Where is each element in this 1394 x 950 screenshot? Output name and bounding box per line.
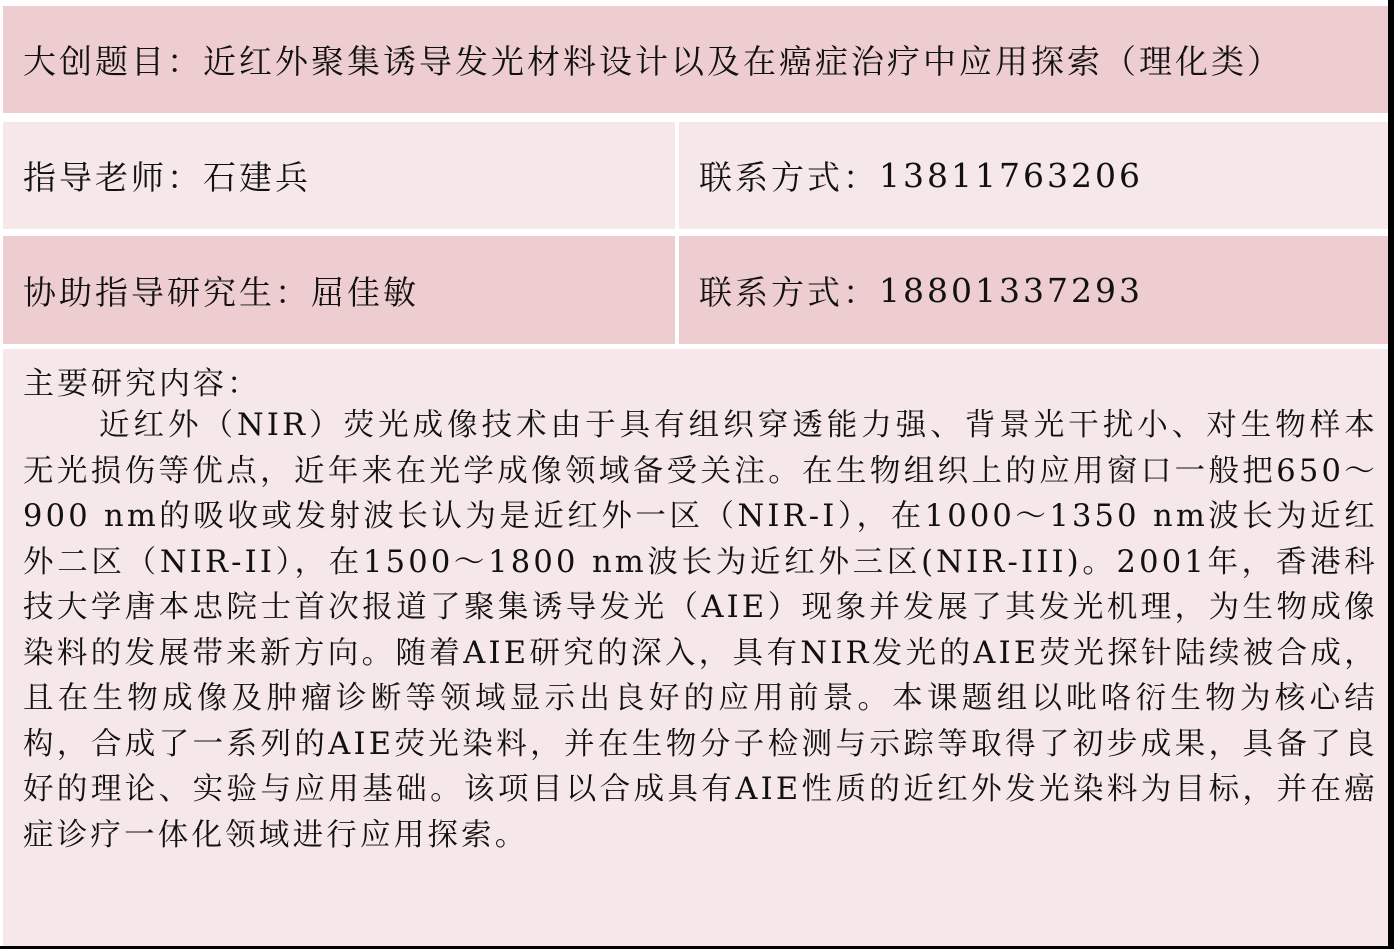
research-content-cell: 主要研究内容： 近红外（NIR）荧光成像技术由于具有组织穿透能力强、背景光干扰小…: [3, 349, 1388, 946]
assistant-contact-phone: 18801337293: [879, 271, 1143, 310]
project-title-value: 近红外聚集诱导发光材料设计以及在癌症治疗中应用探索（理化类）: [203, 36, 1283, 83]
assistant-name: 屈佳敏: [311, 267, 419, 314]
project-info-table: 大创题目：近红外聚集诱导发光材料设计以及在癌症治疗中应用探索（理化类） 指导老师…: [0, 0, 1394, 949]
advisor-cell: 指导老师：石建兵: [3, 122, 675, 229]
assistant-contact-label: 联系方式：: [699, 267, 879, 314]
project-title-label: 大创题目：: [23, 36, 203, 83]
assistant-label: 协助指导研究生：: [23, 267, 311, 314]
research-body: 近红外（NIR）荧光成像技术由于具有组织穿透能力强、背景光干扰小、对生物样本无光…: [23, 403, 1378, 858]
assistant-contact-cell: 联系方式：18801337293: [679, 236, 1388, 344]
advisor-label: 指导老师：: [23, 152, 203, 199]
project-title-cell: 大创题目：近红外聚集诱导发光材料设计以及在癌症治疗中应用探索（理化类）: [3, 6, 1388, 113]
advisor-contact-label: 联系方式：: [699, 152, 879, 199]
advisor-contact-phone: 13811763206: [879, 156, 1143, 195]
advisor-contact-cell: 联系方式：13811763206: [679, 122, 1388, 229]
assistant-cell: 协助指导研究生：屈佳敏: [3, 236, 675, 344]
advisor-name: 石建兵: [203, 152, 311, 199]
research-heading: 主要研究内容：: [23, 365, 1378, 403]
